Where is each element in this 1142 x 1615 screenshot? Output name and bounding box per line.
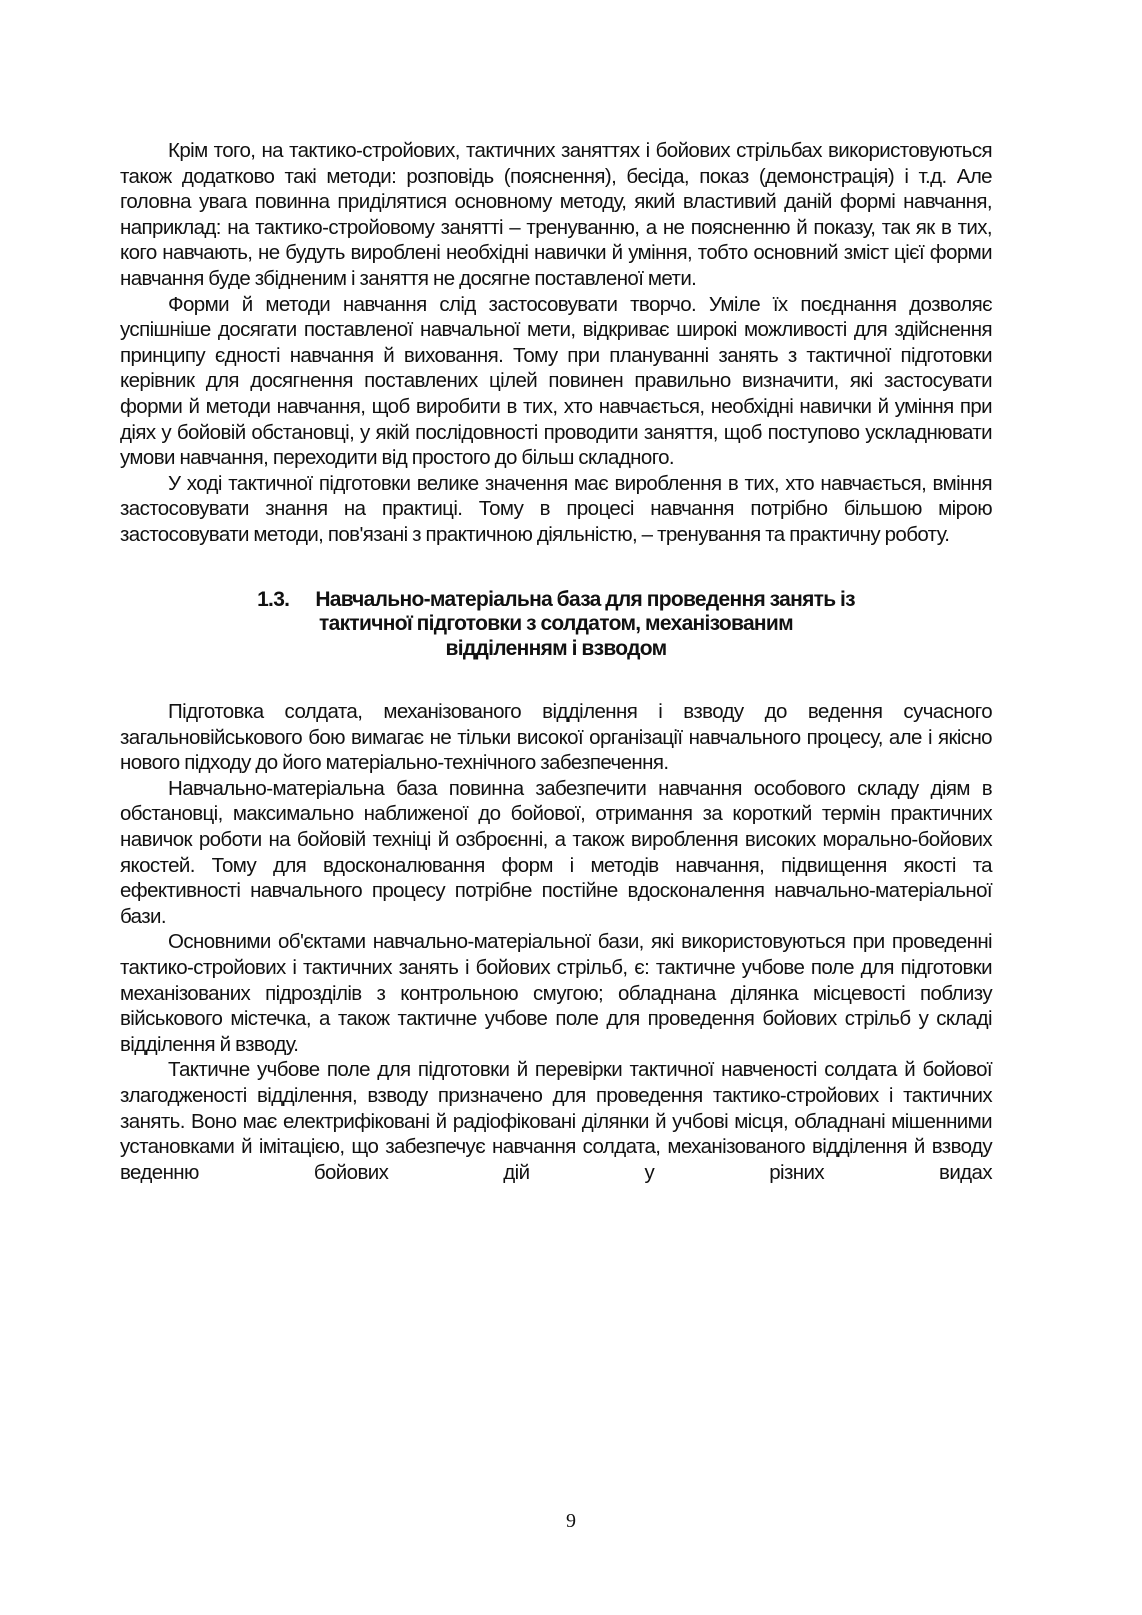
document-page: Крім того, на тактико-стройових, тактичн…	[0, 0, 1142, 1615]
page-body: Крім того, на тактико-стройових, тактичн…	[120, 138, 992, 1185]
paragraph: Тактичне учбове поле для підготовки й пе…	[120, 1057, 992, 1185]
section-heading: 1.3.Навчально-матеріальна база для прове…	[120, 588, 992, 662]
section-title-part-2: тактичної підготовки з солдатом, механіз…	[120, 612, 992, 637]
paragraph: Форми й методи навчання слід застосовува…	[120, 292, 992, 471]
paragraph: Крім того, на тактико-стройових, тактичн…	[120, 138, 992, 292]
section-number: 1.3.	[257, 588, 289, 613]
section-title-part-1: Навчально-матеріальна база для проведенн…	[315, 588, 855, 611]
paragraph: Навчально-матеріальна база повинна забез…	[120, 776, 992, 930]
paragraph: Підготовка солдата, механізованого відді…	[120, 699, 992, 776]
page-number: 9	[0, 1510, 1142, 1533]
paragraph: Основними об'єктами навчально-матеріальн…	[120, 929, 992, 1057]
section-heading-line-1: 1.3.Навчально-матеріальна база для прове…	[120, 588, 992, 613]
section-title-part-3: відділенням і взводом	[120, 637, 992, 662]
paragraph: У ході тактичної підготовки велике значе…	[120, 471, 992, 548]
